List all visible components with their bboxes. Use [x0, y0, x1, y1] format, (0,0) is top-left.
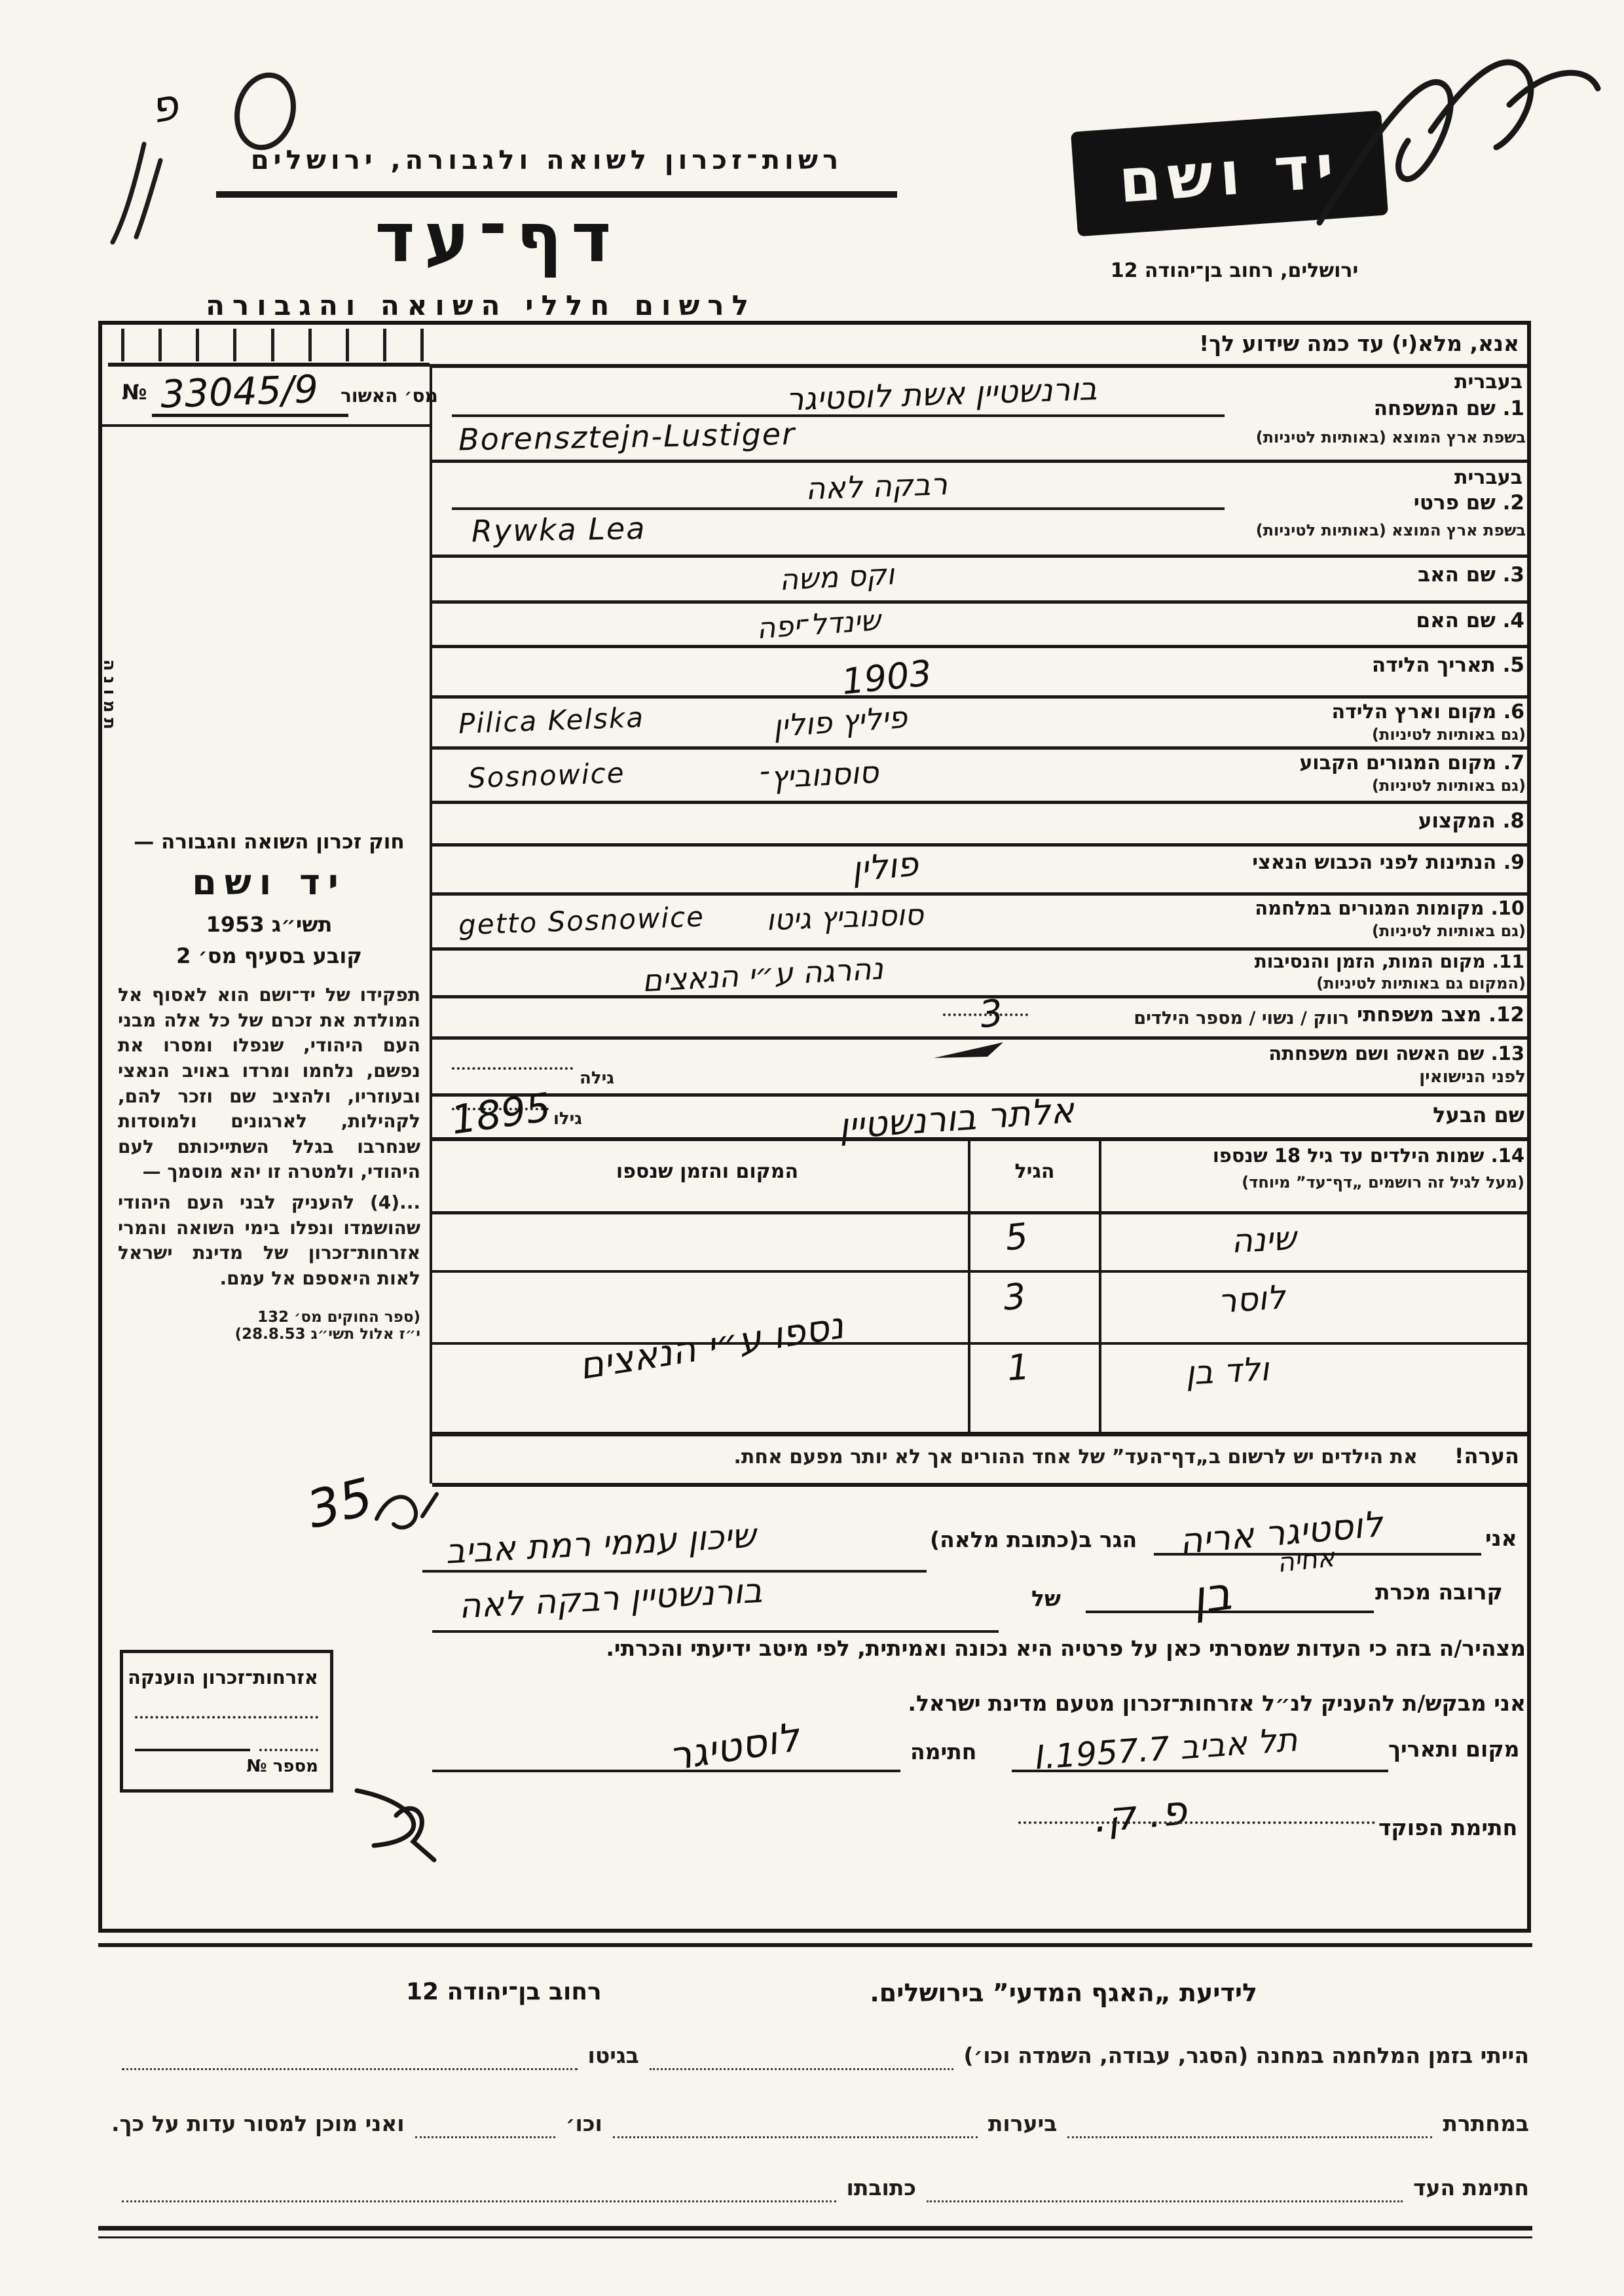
- rule: [98, 2236, 1532, 2238]
- rule: [422, 1570, 927, 1573]
- official-signature: פ. ק.: [1092, 1786, 1189, 1842]
- field-3-value: וקס משה: [779, 558, 895, 597]
- corner-scribble-right: [1293, 26, 1621, 242]
- child-age: 3: [1001, 1275, 1027, 1319]
- blank-line: [613, 2109, 978, 2138]
- authority-title: רשות־זכרון לשואה ולגבורה, ירושלים: [196, 145, 897, 175]
- rule: [152, 414, 348, 417]
- field-1-sublabel: בשפת ארץ המוצא (באותיות לטיניות): [1231, 428, 1526, 446]
- scientific-dept-address: רחוב בן־יהודה 12: [406, 1978, 602, 2007]
- field-2-sublabel: בשפת ארץ המוצא (באותיות לטיניות): [1231, 521, 1526, 539]
- registration-number: 33045/9: [160, 367, 319, 416]
- form-title: דף־עד: [363, 198, 632, 278]
- blank-line: [415, 2109, 555, 2138]
- rule: [432, 600, 1527, 604]
- war-location-line-2: במחתרת ביערות וכו׳ ואני מוכן למסור עדות …: [111, 2109, 1529, 2138]
- field-4-label: 4. שם האם: [1382, 609, 1524, 632]
- declarant-label: אני: [1485, 1525, 1517, 1551]
- field-12-options: רווק / נשוי / מספר הילדים: [1035, 1008, 1349, 1029]
- official-signature-label: חתימת הפוקד: [1378, 1815, 1517, 1840]
- field-5-label: 5. תאריך הלידה: [1329, 653, 1524, 677]
- ruler-ticks: [121, 329, 424, 363]
- field-9-value: פולין: [850, 845, 920, 890]
- law-logo-text: יד ושם: [118, 862, 420, 903]
- willing-to-testify-text: ואני מוכן למסור עדות על כך.: [111, 2109, 405, 2138]
- rule: [432, 1211, 1527, 1214]
- field-1-value-latin: Borensztejn-Lustiger: [458, 416, 796, 458]
- camp-label: הייתי בזמן המלחמה במחנה (הסגר, עבודה, הש…: [964, 2041, 1529, 2070]
- child-name: לוסר: [1217, 1278, 1287, 1321]
- field-1-lang: בעברית: [1414, 371, 1522, 393]
- address-label: הגר ב(כתובת מלאה): [930, 1527, 1137, 1552]
- rule: [108, 363, 430, 367]
- rule: [432, 1432, 1527, 1436]
- law-sidebar: חוק זכרון השואה והגבורה — יד ושם תשי״ג 1…: [118, 830, 420, 1343]
- rule: [432, 1770, 900, 1772]
- place-date-label: מקום ותאריך: [1388, 1736, 1520, 1762]
- forests-label: ביערות: [988, 2109, 1058, 2138]
- his-age-label: גילו: [553, 1109, 582, 1129]
- field-11-sublabel: (המקום גם באותיות לטיניות): [1303, 974, 1526, 993]
- signature-label: חתימה: [910, 1739, 976, 1764]
- declaration-statement: מצהיר/ה בזה כי העדות שמסרתי כאן על פרטיה…: [419, 1635, 1526, 1661]
- rule: [432, 1270, 1527, 1273]
- field-2-value-hebrew: רבקה לאה: [805, 466, 948, 507]
- etc-label: וכו׳: [566, 2109, 602, 2138]
- scientific-dept-text: לידיעת „האגף המדעי” בירושלים.: [870, 1978, 1257, 2007]
- rule: [216, 191, 897, 198]
- child-age: 1: [1006, 1346, 1031, 1389]
- war-location-line-1: הייתי בזמן המלחמה במחנה (הסגר, עבודה, הש…: [111, 2041, 1529, 2070]
- rule: [432, 1036, 1527, 1040]
- witness-address-label: כתובתו: [847, 2174, 917, 2202]
- field-7-value-latin: Sosnowice: [468, 757, 625, 794]
- field-13-sublabel: לפני הנישואין: [1388, 1067, 1526, 1087]
- underground-label: במחתרת: [1443, 2109, 1529, 2138]
- field-2-value-latin: Rywka Lea: [471, 511, 646, 549]
- blank-line: [122, 2174, 836, 2202]
- blank-line: [122, 2041, 578, 2070]
- rule: [432, 1137, 1527, 1141]
- declaration-request: אני מבקש/ת להעניק לנ״ל אזרחות־זכרון מטעם…: [773, 1690, 1526, 1716]
- rule: [432, 892, 1527, 896]
- fill-request: אנא, מלא(י) עד כמה שידוע לך!: [1061, 331, 1519, 356]
- registration-label: מס׳ האשור: [341, 385, 438, 407]
- rule: [432, 1630, 999, 1633]
- rule: [1086, 1611, 1374, 1613]
- photo-label: תמונה: [100, 623, 119, 735]
- rule: [432, 555, 1527, 558]
- field-2-lang: בעברית: [1414, 466, 1522, 489]
- stamp-box-title: אזרחות־זכרון הוענקה: [135, 1666, 318, 1688]
- blank-line: [1067, 2109, 1432, 2138]
- rule: [432, 695, 1527, 699]
- rule: [98, 2226, 1532, 2231]
- law-text-2: ‏...(4) להעניק לבני העם היהודי שהושמדו ו…: [118, 1190, 420, 1292]
- registration-number-symbol: №: [122, 380, 147, 405]
- law-year: תשי״ג 1953: [118, 912, 420, 937]
- testimony-page-scan: פ רשות־זכרון לשואה ולגבורה, ירושלים דף־ע…: [0, 0, 1624, 2296]
- memorial-citizenship-box: אזרחות־זכרון הוענקה מספר №: [120, 1650, 333, 1793]
- field-11-label: 11. מקום המות, הזמן והנסיבות: [1218, 951, 1524, 972]
- form-subtitle: לרשום חללי השואה והגבורה: [232, 289, 756, 321]
- rule: [432, 364, 1527, 368]
- table-divider: [968, 1137, 970, 1432]
- witness-signature-line: חתימת העד כתובתו: [111, 2174, 1529, 2202]
- field-10-label: 10. מקומות המגורים במלחמה: [1244, 897, 1524, 919]
- dotted-line: [1018, 1821, 1375, 1824]
- rule: [1012, 1770, 1388, 1772]
- child-name: שינה: [1230, 1219, 1297, 1260]
- relation-value: בן: [1189, 1566, 1234, 1624]
- table-divider: [1099, 1137, 1101, 1432]
- rule: [98, 1943, 1532, 1947]
- field-12-label: 12. מצב משפחתי: [1356, 1003, 1524, 1027]
- her-age-label: גילה: [580, 1068, 614, 1088]
- children-subheader: (מעל לגיל זה רושמים „דף־עד” מיוחד): [1113, 1173, 1524, 1192]
- ghetto-label: בגיטו: [588, 2041, 639, 2070]
- dotted-line: [259, 1749, 318, 1751]
- column-header-place: המקום והזמן שנספו: [452, 1160, 963, 1183]
- logo-address: ירושלים, רחוב בן־יהודה 12: [1080, 259, 1388, 282]
- blank-line: [650, 2041, 953, 2070]
- column-header-age: הגיל: [969, 1160, 1100, 1183]
- sidebar-scribble: [370, 1478, 442, 1537]
- field-7-value-hebrew: סוסנוביץ־: [759, 754, 879, 795]
- law-title: חוק זכרון השואה והגבורה —: [118, 830, 420, 854]
- law-clause: קובע בסעיף מס׳ 2: [118, 943, 420, 968]
- husband-label: שם הבעל: [1408, 1102, 1524, 1127]
- solid-line: [135, 1749, 250, 1751]
- rule: [102, 424, 430, 427]
- rule: [432, 801, 1527, 804]
- official-scribble: [331, 1777, 449, 1869]
- child-age: 5: [1003, 1215, 1030, 1258]
- blank-line: [927, 2174, 1403, 2202]
- field-10-value-hebrew: סוסנוביץ גיטו: [766, 898, 924, 937]
- column-divider: [430, 364, 432, 1484]
- field-2-label: 2. שם פרטי: [1369, 491, 1524, 515]
- field-6-value-latin: Pilica Kelska: [458, 701, 645, 740]
- rule: [432, 645, 1527, 648]
- relation-insert: אחיה: [1276, 1542, 1336, 1578]
- ink-mark: [930, 1037, 1015, 1063]
- witness-signature-label: חתימת העד: [1413, 2174, 1529, 2202]
- rule: [452, 414, 1225, 417]
- of-label: של: [1031, 1586, 1061, 1611]
- children-header: 14. שמות הילדים עד גיל 18 שנספו: [1113, 1144, 1524, 1167]
- field-10-sublabel: (גם באותיות לטיניות): [1323, 922, 1526, 940]
- field-8-label: 8. המקצוע: [1388, 809, 1524, 833]
- law-source: (ספר החוקים מס׳ 132: [118, 1309, 420, 1326]
- law-text: תפקידו של יד־ושם הוא לאסוף אל המולדת את …: [118, 983, 420, 1185]
- scientific-dept-line: לידיעת „האגף המדעי” בירושלים. רחוב בן־יה…: [406, 1978, 1257, 2007]
- field-7-label: 7. מקום המגורים הקבוע: [1277, 752, 1524, 774]
- field-3-label: 3. שם האב: [1382, 563, 1524, 587]
- law-source-2: י״ז אלול תשי״ג 28.8.53): [118, 1326, 420, 1343]
- field-9-label: 9. הנתינות לפני הכבוש הנאצי: [1179, 851, 1524, 874]
- rule: [432, 843, 1527, 847]
- stamp-box-number-label: מספר №: [135, 1757, 318, 1776]
- field-1-label: 1. שם המשפחה: [1349, 397, 1524, 420]
- field-13-label: 13. שם האשה ושם משפחתה: [1290, 1042, 1524, 1065]
- rule: [432, 460, 1527, 463]
- child-name: ולד בן: [1185, 1350, 1270, 1393]
- rule: [452, 507, 1225, 510]
- dotted-line: [452, 1067, 573, 1070]
- note-text: את הילדים יש לרשום ב„דף־העד” של אחד ההור…: [733, 1446, 1417, 1468]
- relation-label: קרובה מכרת: [1375, 1579, 1503, 1605]
- note-label: הערה!: [1454, 1444, 1519, 1468]
- field-6-sublabel: (גם באותיות לטיניות): [1323, 725, 1526, 744]
- field-7-sublabel: (גם באותיות לטיניות): [1323, 776, 1526, 795]
- dotted-line: [135, 1716, 318, 1719]
- children-note: הערה! את הילדים יש לרשום ב„דף־העד” של אח…: [452, 1444, 1519, 1468]
- field-6-label: 6. מקום וארץ הלידה: [1303, 701, 1524, 723]
- rule: [432, 1483, 1527, 1487]
- rule: [432, 746, 1527, 750]
